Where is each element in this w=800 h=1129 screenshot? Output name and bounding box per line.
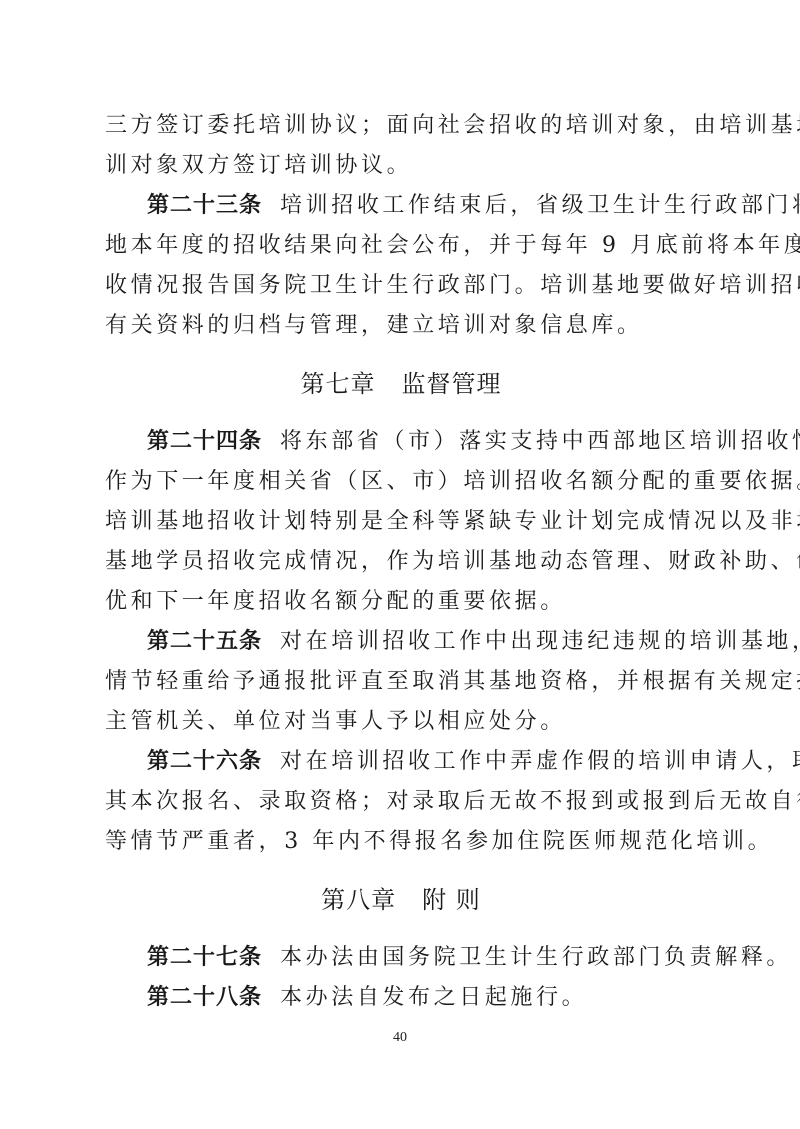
article-23-line-3: 收情况报告国务院卫生计生行政部门。培训基地要做好培训招收工作 — [105, 266, 697, 306]
article-27-text-1: 本办法由国务院卫生计生行政部门负责解释。 — [280, 945, 792, 970]
continuation-line-1: 三方签订委托培训协议；面向社会招收的培训对象，由培训基地与培 — [105, 106, 697, 146]
article-24-line-2: 作为下一年度相关省（区、市）培训招收名额分配的重要依据。将各 — [105, 462, 697, 502]
article-25-text-1: 对在培训招收工作中出现违纪违规的培训基地，视 — [280, 629, 800, 654]
article-25-line-3: 主管机关、单位对当事人予以相应处分。 — [105, 702, 697, 742]
chapter-8-title: 附 则 — [422, 886, 481, 914]
article-26-line-1: 第二十六条对在培训招收工作中弄虚作假的培训申请人，取消 — [105, 742, 697, 782]
article-28-line-1: 第二十八条本办法自发布之日起施行。 — [105, 978, 697, 1018]
document-page: 三方签订委托培训协议；面向社会招收的培训对象，由培训基地与培 训对象双方签订培训… — [105, 106, 697, 1018]
article-27-label: 第二十七条 — [147, 945, 262, 970]
chapter-7-number: 第七章 — [301, 370, 376, 398]
article-25-line-1: 第二十五条对在培训招收工作中出现违纪违规的培训基地，视 — [105, 622, 697, 662]
page-number: 40 — [0, 1030, 800, 1046]
chapter-8-heading: 第八章附 则 — [105, 870, 697, 930]
article-26-line-2: 其本次报名、录取资格；对录取后无故不报到或报到后无故自行退出 — [105, 782, 697, 822]
article-25-label: 第二十五条 — [147, 629, 262, 654]
article-24-label: 第二十四条 — [147, 429, 262, 454]
continuation-line-2: 训对象双方签订培训协议。 — [105, 146, 697, 186]
article-23-label: 第二十三条 — [147, 193, 262, 218]
article-24-line-1: 第二十四条将东部省（市）落实支持中西部地区培训招收情况， — [105, 422, 697, 462]
article-26-label: 第二十六条 — [147, 749, 262, 774]
article-26-text-1: 对在培训招收工作中弄虚作假的培训申请人，取消 — [280, 749, 800, 774]
article-28-text-1: 本办法自发布之日起施行。 — [280, 985, 587, 1010]
article-25-line-2: 情节轻重给予通报批评直至取消其基地资格，并根据有关规定提请其 — [105, 662, 697, 702]
chapter-7-heading: 第七章监督管理 — [105, 354, 697, 414]
article-23-text-1: 培训招收工作结束后，省级卫生计生行政部门将本 — [280, 193, 800, 218]
chapter-7-title: 监督管理 — [402, 370, 502, 398]
article-23-line-1: 第二十三条培训招收工作结束后，省级卫生计生行政部门将本 — [105, 186, 697, 226]
article-24-line-3: 培训基地招收计划特别是全科等紧缺专业计划完成情况以及非培训 — [105, 502, 697, 542]
article-24-line-4: 基地学员招收完成情况，作为培训基地动态管理、财政补助、创先争 — [105, 542, 697, 582]
article-23-line-2: 地本年度的招收结果向社会公布，并于每年 9 月底前将本年度实际招 — [105, 226, 697, 266]
article-27-line-1: 第二十七条本办法由国务院卫生计生行政部门负责解释。 — [105, 938, 697, 978]
article-23-line-4: 有关资料的归档与管理，建立培训对象信息库。 — [105, 306, 697, 346]
article-24-text-1: 将东部省（市）落实支持中西部地区培训招收情况， — [280, 429, 800, 454]
chapter-8-number: 第八章 — [321, 886, 396, 914]
article-26-line-3: 等情节严重者，3 年内不得报名参加住院医师规范化培训。 — [105, 822, 697, 862]
article-28-label: 第二十八条 — [147, 985, 262, 1010]
article-24-line-5: 优和下一年度招收名额分配的重要依据。 — [105, 582, 697, 622]
